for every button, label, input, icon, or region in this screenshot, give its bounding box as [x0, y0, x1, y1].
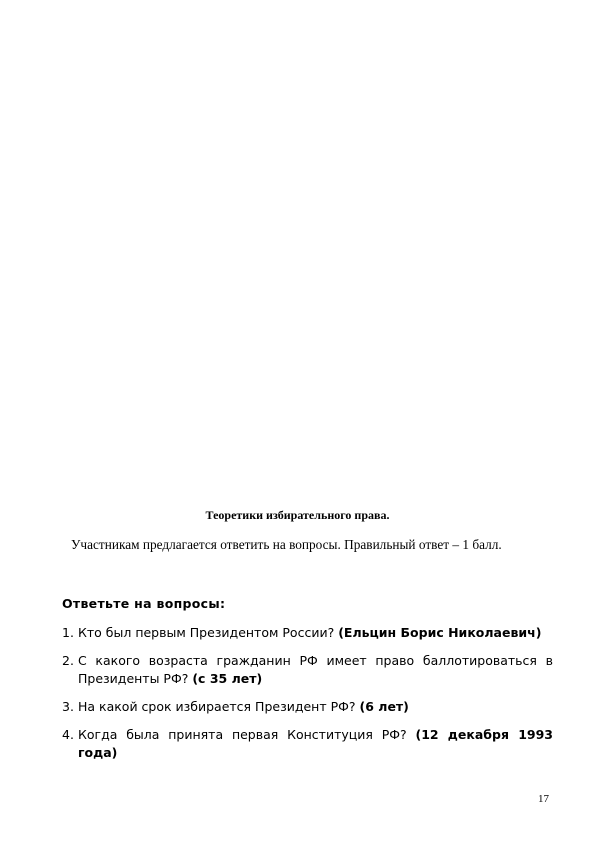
question-number: 2.: [62, 652, 74, 670]
question-item: 4. Когда была принята первая Конституция…: [62, 726, 553, 762]
question-list: 1. Кто был первым Президентом России? (Е…: [62, 624, 553, 772]
question-text: Когда была принята первая Конституция РФ…: [78, 727, 407, 742]
question-number: 1.: [62, 624, 74, 642]
section-title: Теоретики избирательного права.: [0, 508, 595, 523]
document-page: Теоретики избирательного права. Участник…: [0, 0, 595, 842]
question-number: 4.: [62, 726, 74, 744]
question-text: На какой срок избирается Президент РФ?: [78, 699, 356, 714]
question-text: Кто был первым Президентом России?: [78, 625, 334, 640]
page-number: 17: [538, 793, 549, 805]
question-text: С какого возраста гражданин РФ имеет пра…: [78, 653, 553, 686]
question-item: 3. На какой срок избирается Президент РФ…: [62, 698, 553, 716]
questions-heading: Ответьте на вопросы:: [62, 596, 225, 611]
question-number: 3.: [62, 698, 74, 716]
question-answer: (с 35 лет): [192, 671, 262, 686]
intro-paragraph: Участникам предлагается ответить на вопр…: [71, 537, 502, 553]
question-answer: (6 лет): [360, 699, 409, 714]
question-answer: (Ельцин Борис Николаевич): [338, 625, 541, 640]
question-item: 2. С какого возраста гражданин РФ имеет …: [62, 652, 553, 688]
question-item: 1. Кто был первым Президентом России? (Е…: [62, 624, 553, 642]
